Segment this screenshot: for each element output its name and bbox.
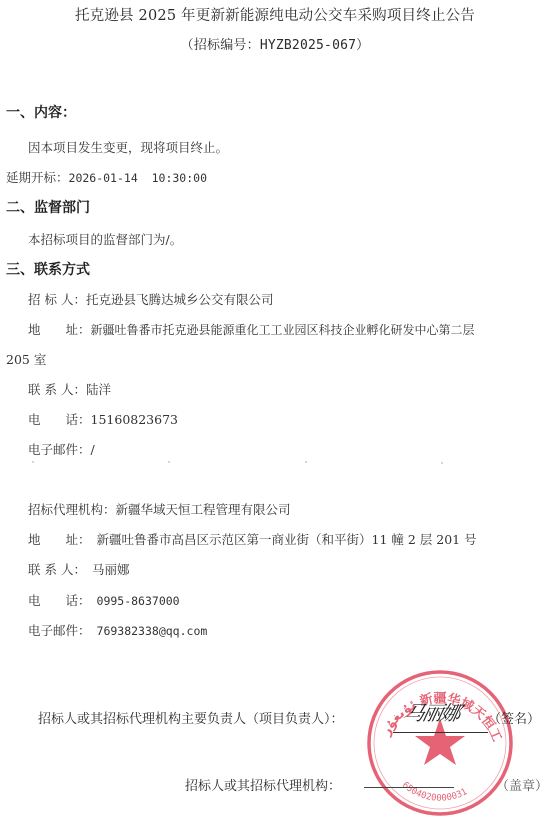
agency-name-row: 招标代理机构：新疆华域天恒工程管理有限公司 <box>28 500 291 518</box>
agency-contact-value: 马丽娜 <box>92 562 130 577</box>
scan-speck <box>305 461 307 463</box>
seal-suffix: （盖章） <box>496 775 548 794</box>
tenderer-name-label: 招 标 人： <box>28 290 86 308</box>
agency-phone-value: 0995-8637000 <box>97 594 180 608</box>
tender-number: （招标编号：HYZB2025-067） <box>0 34 550 53</box>
agency-contact-label: 联 系 人： <box>28 560 86 578</box>
official-seal-icon: ﺋﯘﻳﻐﯘﺭ 新疆华域天恒工程管理有限公司 6504020000031 <box>365 668 515 818</box>
svg-text:6504020000031: 6504020000031 <box>400 780 469 803</box>
agency-name-value: 新疆华域天恒工程管理有限公司 <box>116 502 291 517</box>
document-title: 托克逊县 2025 年更新新能源纯电动公交车采购项目终止公告 <box>0 4 550 25</box>
tenderer-contact-row: 联 系 人：陆洋 <box>28 380 111 398</box>
tenderer-name-row: 招 标 人：托克逊县飞腾达城乡公交有限公司 <box>28 290 273 308</box>
agency-address-label: 地 址： <box>28 530 91 548</box>
agency-email-row: 电子邮件：769382338@qq.com <box>28 621 207 639</box>
agency-phone-label: 电 话： <box>28 591 91 609</box>
agency-address-value: 新疆吐鲁番市高昌区示范区第一商业街（和平街）11 幢 2 层 201 号 <box>97 532 477 547</box>
agency-email-label: 电子邮件： <box>28 621 91 639</box>
agency-email-value: 769382338@qq.com <box>97 624 208 638</box>
sign-suffix: （签名） <box>488 708 540 727</box>
tenderer-address-cont: 205 室 <box>6 350 46 368</box>
agency-phone-row: 电 话：0995-8637000 <box>28 591 180 609</box>
agency-name-label: 招标代理机构： <box>28 500 116 518</box>
scan-speck <box>441 462 443 464</box>
postpone-value: 2026-01-14 10:30:00 <box>69 171 207 185</box>
postpone-label: 延期开标： <box>6 168 69 186</box>
tenderer-address-value: 新疆吐鲁番市托克逊县能源重化工工业园区科技企业孵化研发中心第二层 <box>91 323 475 337</box>
document-page: 托克逊县 2025 年更新新能源纯电动公交车采购项目终止公告 （招标编号：HYZ… <box>0 0 550 824</box>
tenderer-email-label: 电子邮件： <box>28 440 91 458</box>
tenderer-name-value: 托克逊县飞腾达城乡公交有限公司 <box>86 292 274 307</box>
scan-speck <box>168 461 170 463</box>
supervision-body: 本招标项目的监督部门为/。 <box>28 230 182 248</box>
scan-speck <box>32 461 34 463</box>
seal-line <box>364 787 454 788</box>
tenderer-phone-row: 电 话：15160823673 <box>28 410 178 428</box>
postpone-row: 延期开标：2026-01-14 10:30:00 <box>6 168 207 186</box>
agency-address-row: 地 址：新疆吐鲁番市高昌区示范区第一商业街（和平街）11 幢 2 层 201 号 <box>28 530 477 548</box>
tenderer-email-value: / <box>91 442 95 457</box>
agency-contact-row: 联 系 人：马丽娜 <box>28 560 129 578</box>
seal-label: 招标人或其招标代理机构： <box>185 775 341 794</box>
tenderer-address-row: 地 址：新疆吐鲁番市托克逊县能源重化工工业园区科技企业孵化研发中心第二层 <box>28 320 475 338</box>
tenderer-address-label: 地 址： <box>28 320 91 338</box>
tenderer-phone-label: 电 话： <box>28 410 91 428</box>
section-contact-heading: 三、联系方式 <box>6 259 90 279</box>
tenderer-phone-value: 15160823673 <box>91 412 178 427</box>
tenderer-email-row: 电子邮件：/ <box>28 440 95 458</box>
tenderer-contact-value: 陆洋 <box>86 382 111 397</box>
section-supervision-heading: 二、监督部门 <box>6 197 90 217</box>
tenderer-contact-label: 联 系 人： <box>28 380 86 398</box>
handwritten-signature: 马丽娜 <box>402 697 462 726</box>
content-body: 因本项目发生变更，现将项目终止。 <box>28 138 228 156</box>
responsible-person-label: 招标人或其招标代理机构主要负责人（项目负责人）： <box>38 708 344 727</box>
section-content-heading: 一、内容： <box>6 102 76 122</box>
